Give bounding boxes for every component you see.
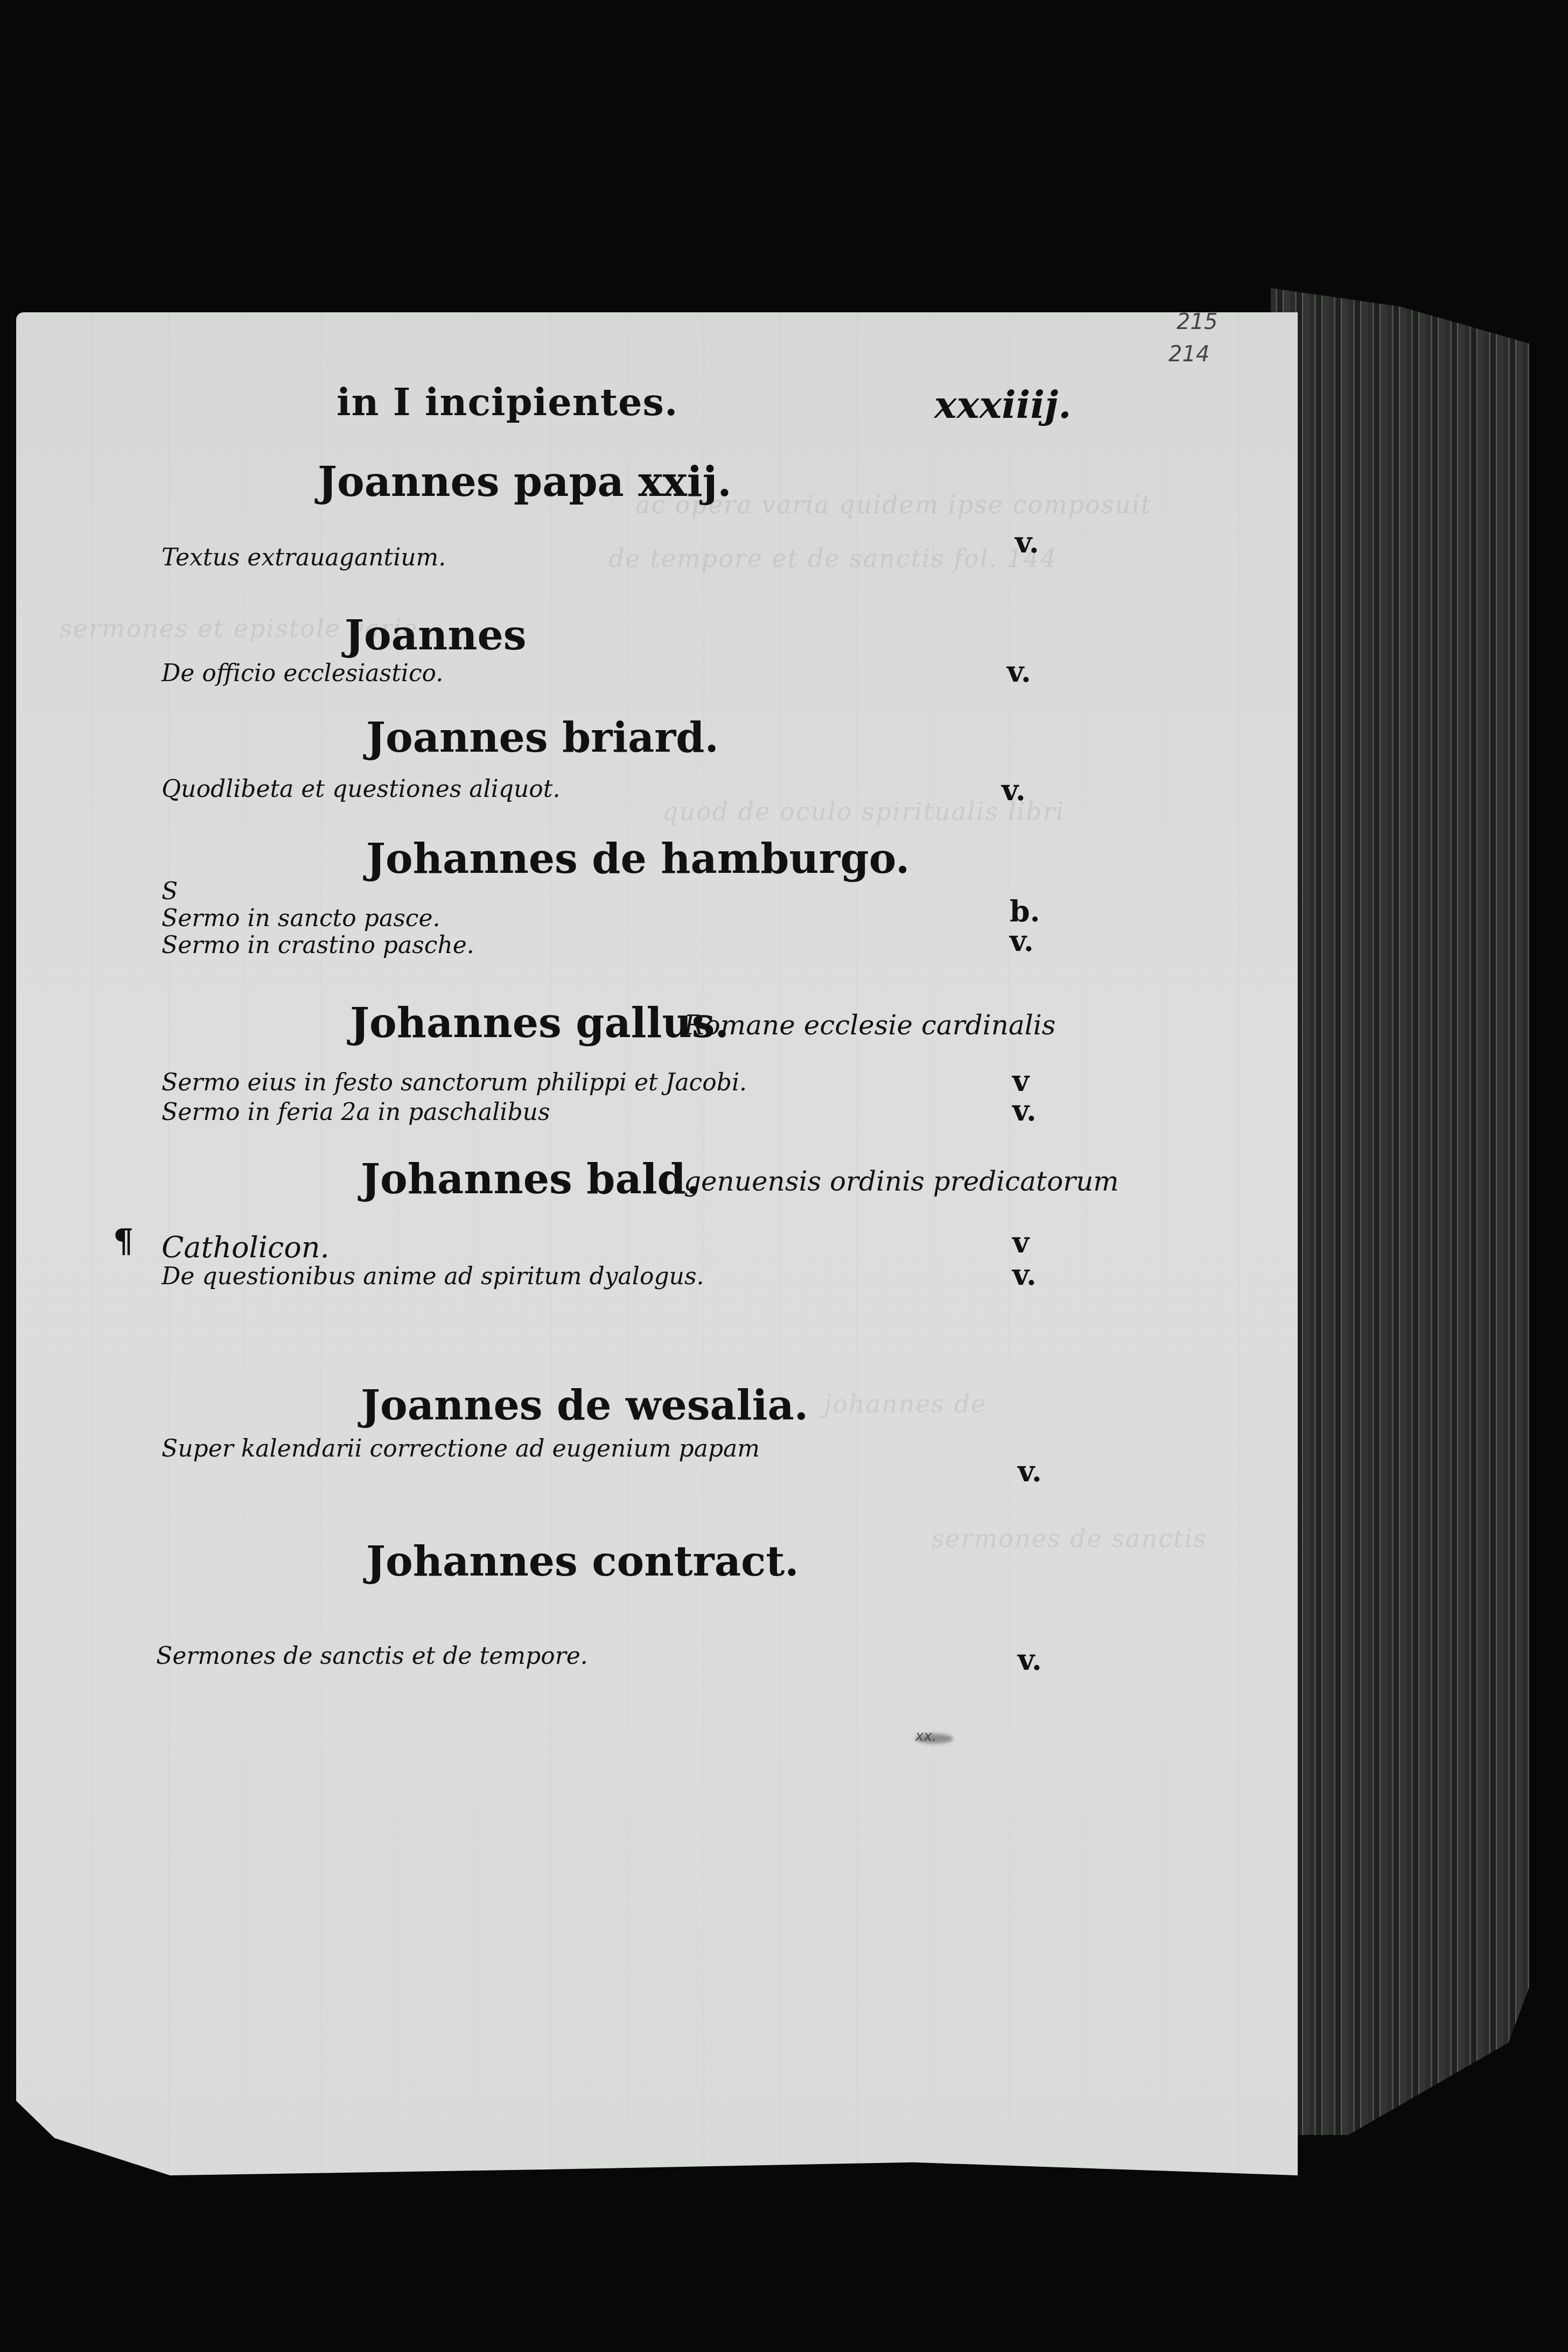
bleed-through-text: de tempore et de sanctis fol. 144 bbox=[608, 544, 1058, 573]
entry-mark: v. bbox=[1015, 525, 1039, 559]
entry-mark: v. bbox=[1002, 773, 1026, 807]
entry-mark: v. bbox=[1018, 1642, 1042, 1677]
pencil-folio-lower: 214 bbox=[1168, 342, 1209, 367]
ink-smudge bbox=[915, 1734, 953, 1744]
entry-mark: v. bbox=[1012, 1257, 1037, 1292]
author-heading: Johannes gallus. bbox=[350, 999, 729, 1047]
work-entry: De questionibus anime ad spiritum dyalog… bbox=[162, 1263, 704, 1290]
work-entry: Textus extrauagantium. bbox=[162, 544, 446, 571]
work-entry: Sermo in sancto pasce. bbox=[162, 905, 440, 932]
entry-mark: v. bbox=[1018, 1454, 1042, 1488]
paragraph-mark: ¶ bbox=[113, 1222, 134, 1260]
author-heading: Joannes briard. bbox=[366, 713, 719, 761]
author-heading: Johannes de hamburgo. bbox=[366, 835, 910, 883]
book-fore-edge bbox=[1271, 288, 1529, 2135]
pencil-folio-upper: 215 bbox=[1177, 310, 1217, 334]
bleed-through-text: sermones de sanctis bbox=[932, 1524, 1207, 1553]
entry-mark: v. bbox=[1012, 1093, 1037, 1128]
author-heading: Johannes bald. bbox=[361, 1155, 700, 1203]
work-entry: Sermo in crastino pasche. bbox=[162, 932, 474, 959]
work-entry: Sermo in feria 2a in paschalibus bbox=[162, 1098, 550, 1126]
running-head: in I incipientes. bbox=[337, 380, 678, 424]
work-entry: Super kalendarii correctione ad eugenium… bbox=[162, 1435, 760, 1462]
author-heading: Joannes bbox=[345, 611, 527, 659]
work-entry: Catholicon. bbox=[162, 1230, 330, 1264]
entry-mark: v. bbox=[1007, 654, 1031, 689]
author-note: Romane ecclesie cardinalis bbox=[684, 1010, 1055, 1041]
entry-mark: v. bbox=[1010, 923, 1034, 958]
author-heading: Joannes de wesalia. bbox=[361, 1381, 808, 1429]
entry-mark: v bbox=[1012, 1225, 1029, 1259]
work-entry: De officio ecclesiastico. bbox=[162, 660, 443, 687]
bleed-through-text: johannes de bbox=[824, 1389, 986, 1418]
work-entry: Sermo eius in festo sanctorum philippi e… bbox=[162, 1069, 747, 1096]
folio-number: xxxiiij. bbox=[934, 382, 1072, 427]
entry-prefix: S bbox=[162, 878, 178, 905]
author-note: genuensis ordinis predicatorum bbox=[684, 1166, 1119, 1197]
author-heading: Johannes contract. bbox=[366, 1537, 799, 1585]
author-heading: Joannes papa xxij. bbox=[318, 458, 732, 506]
work-entry: Quodlibeta et questiones aliquot. bbox=[162, 775, 560, 803]
work-entry: Sermones de sanctis et de tempore. bbox=[156, 1642, 588, 1670]
